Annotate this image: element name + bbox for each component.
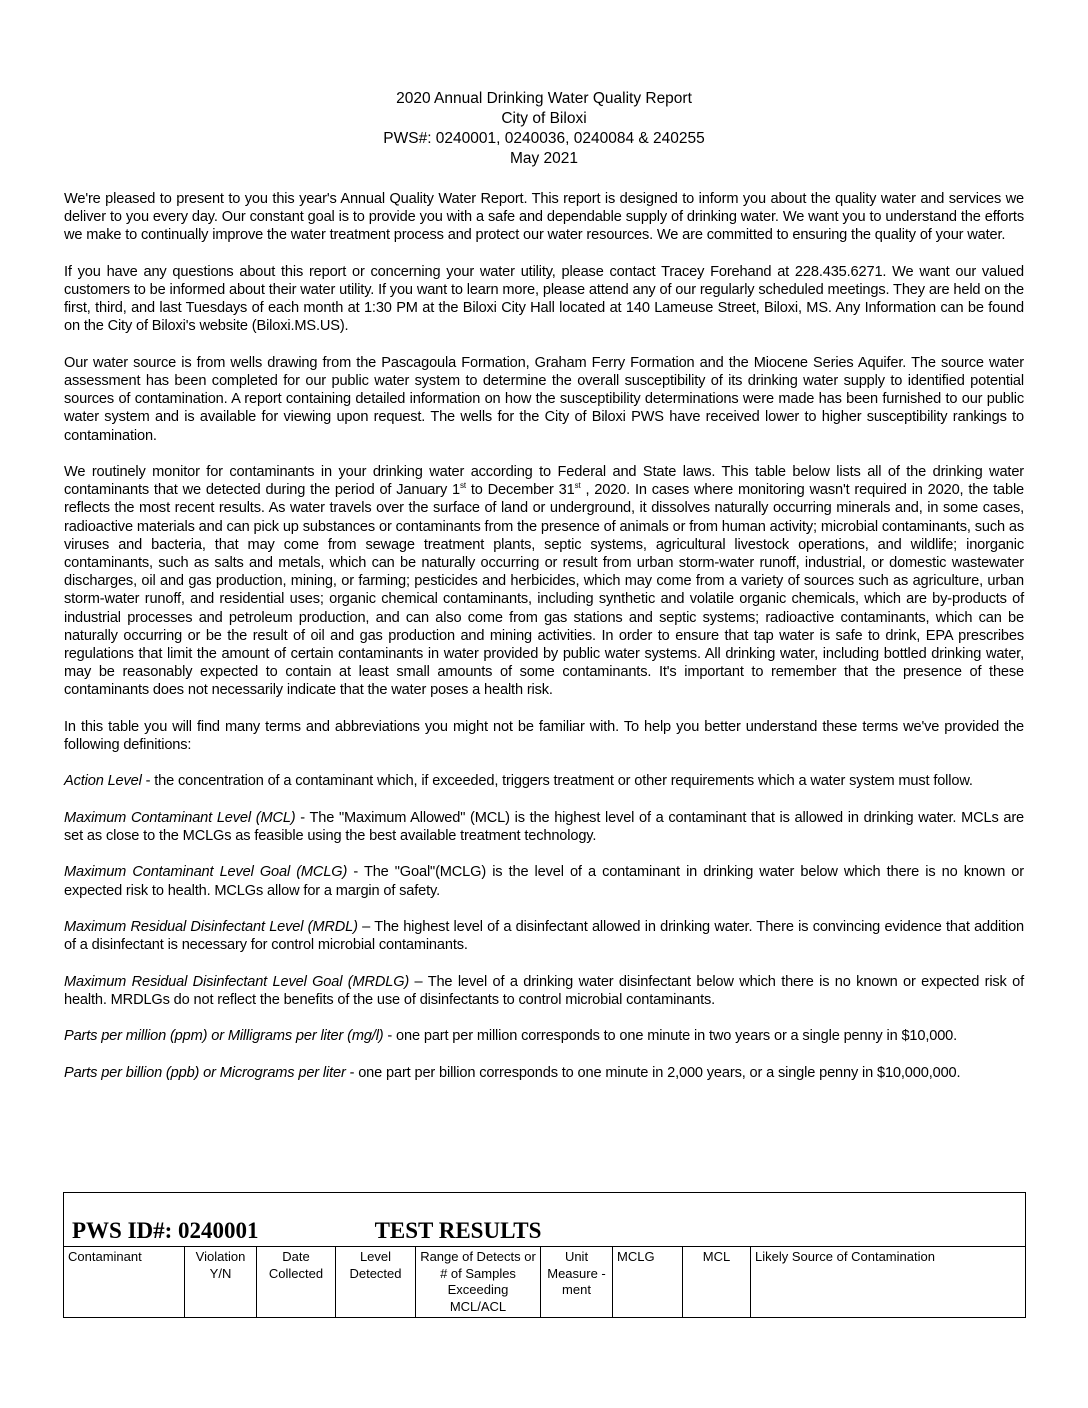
test-results-table: PWS ID#: 0240001TEST RESULTS Contaminant… [63,1192,1026,1318]
definition-separator: – [358,919,374,935]
definition-mcl: Maximum Contaminant Level (MCL) - The "M… [64,809,1024,845]
definition-term: Parts per billion (ppb) or Micrograms pe… [64,1065,346,1081]
table-title-cell: PWS ID#: 0240001TEST RESULTS [64,1193,1026,1247]
definition-action-level: Action Level - the concentration of a co… [64,772,1024,790]
definition-term: Maximum Contaminant Level (MCL) [64,810,296,826]
definition-ppm: Parts per million (ppm) or Milligrams pe… [64,1027,1024,1045]
definition-separator: - [346,1065,359,1081]
definition-separator: - [384,1028,397,1044]
city-name: City of Biloxi [0,109,1088,129]
pws-id: PWS ID#: 0240001 [72,1218,259,1243]
definition-text: one part per million corresponds to one … [396,1028,957,1044]
column-header-range-of-detects: Range of Detects or # of Samples Exceedi… [416,1247,541,1318]
document-page: 2020 Annual Drinking Water Quality Repor… [0,0,1088,1408]
pws-numbers: PWS#: 0240001, 0240036, 0240084 & 240255 [0,129,1088,149]
report-body: We're pleased to present to you this yea… [64,190,1024,1100]
definition-mrdl: Maximum Residual Disinfectant Level (MRD… [64,918,1024,954]
intro-paragraph: We're pleased to present to you this yea… [64,190,1024,245]
definition-term: Parts per million (ppm) or Milligrams pe… [64,1028,384,1044]
definition-separator: - [347,864,364,880]
report-date: May 2021 [0,149,1088,169]
column-header-mcl: MCL [683,1247,751,1318]
column-header-mclg: MCLG [613,1247,683,1318]
definition-separator: – [409,974,428,990]
definition-text: one part per billion corresponds to one … [358,1065,960,1081]
column-header-unit-measurement: Unit Measure -ment [541,1247,613,1318]
definition-text: the concentration of a contaminant which… [154,773,973,789]
definition-term: Action Level [64,773,142,789]
definition-mclg: Maximum Contaminant Level Goal (MCLG) - … [64,863,1024,899]
definition-mrdlg: Maximum Residual Disinfectant Level Goal… [64,973,1024,1009]
definition-term: Maximum Residual Disinfectant Level (MRD… [64,919,358,935]
column-header-contaminant: Contaminant [64,1247,185,1318]
water-source-paragraph: Our water source is from wells drawing f… [64,354,1024,445]
column-header-violation: Violation Y/N [185,1247,257,1318]
table-title-row: PWS ID#: 0240001TEST RESULTS [64,1193,1026,1247]
definition-separator: - [142,773,155,789]
contact-paragraph: If you have any questions about this rep… [64,263,1024,336]
definition-term: Maximum Contaminant Level Goal (MCLG) [64,864,347,880]
definition-separator: - [296,810,310,826]
definition-term: Maximum Residual Disinfectant Level Goal… [64,974,409,990]
table-header-row: Contaminant Violation Y/N Date Collected… [64,1247,1026,1318]
monitoring-text-3: , 2020. In cases where monitoring wasn't… [64,482,1024,698]
test-results-title: TEST RESULTS [375,1218,542,1244]
monitoring-paragraph: We routinely monitor for contaminants in… [64,463,1024,700]
report-header: 2020 Annual Drinking Water Quality Repor… [0,89,1088,169]
terms-intro-paragraph: In this table you will find many terms a… [64,718,1024,754]
monitoring-text-2: to December 31 [466,482,575,498]
column-header-likely-source: Likely Source of Contamination [751,1247,1026,1318]
column-header-level-detected: Level Detected [336,1247,416,1318]
definition-ppb: Parts per billion (ppb) or Micrograms pe… [64,1064,1024,1082]
report-title: 2020 Annual Drinking Water Quality Repor… [0,89,1088,109]
column-header-date-collected: Date Collected [257,1247,336,1318]
